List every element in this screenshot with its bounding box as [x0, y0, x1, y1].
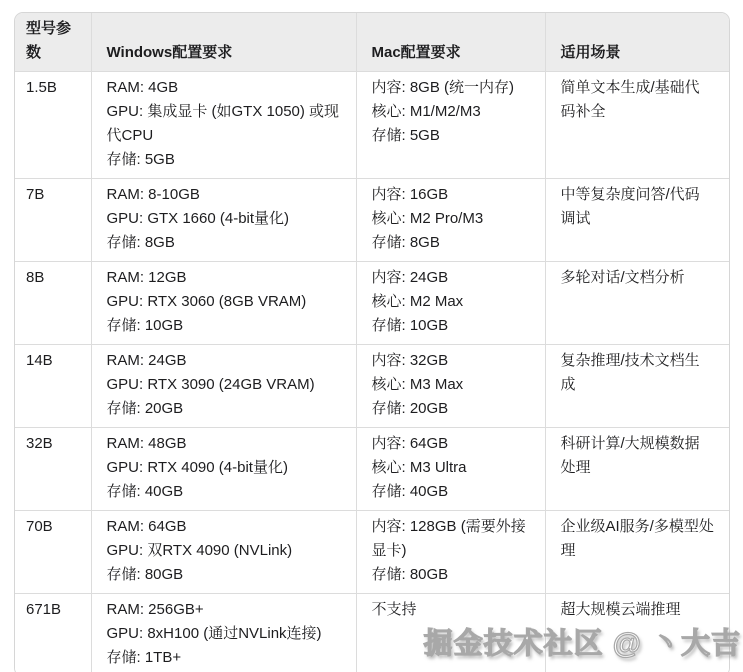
spec-line: 内容: 64GB	[372, 432, 530, 456]
spec-line: 存储: 8GB	[372, 231, 530, 255]
spec-line: RAM: 256GB+	[107, 598, 341, 622]
model-size-cell: 671B	[15, 594, 91, 672]
spec-line: 存储: 40GB	[107, 480, 341, 504]
mac-requirements-cell: 内容: 16GB核心: M2 Pro/M3存储: 8GB	[356, 179, 545, 262]
model-size-cell: 70B	[15, 511, 91, 594]
spec-line: RAM: 8-10GB	[107, 183, 341, 207]
spec-line: 存储: 80GB	[372, 563, 530, 587]
use-case-cell: 企业级AI服务/多模型处理	[545, 511, 729, 594]
spec-line: GPU: 集成显卡 (如GTX 1050) 或现代CPU	[107, 100, 341, 148]
spec-line: GPU: 8xH100 (通过NVLink连接)	[107, 622, 341, 646]
spec-line: 存储: 20GB	[107, 397, 341, 421]
column-header-model-params: 型号参数	[15, 13, 91, 72]
article-page: 型号参数 Windows配置要求 Mac配置要求 适用场景 1.5BRAM: 4…	[0, 0, 743, 672]
table-row: 32BRAM: 48GBGPU: RTX 4090 (4-bit量化)存储: 4…	[15, 428, 729, 511]
windows-requirements-cell: RAM: 12GBGPU: RTX 3060 (8GB VRAM)存储: 10G…	[91, 262, 356, 345]
header-row: 型号参数 Windows配置要求 Mac配置要求 适用场景	[15, 13, 729, 72]
spec-line: 内容: 24GB	[372, 266, 530, 290]
spec-line: 核心: M3 Max	[372, 373, 530, 397]
windows-requirements-cell: RAM: 48GBGPU: RTX 4090 (4-bit量化)存储: 40GB	[91, 428, 356, 511]
spec-line: RAM: 24GB	[107, 349, 341, 373]
spec-line: 存储: 5GB	[107, 148, 341, 172]
mac-requirements-cell: 内容: 8GB (统一内存)核心: M1/M2/M3存储: 5GB	[356, 72, 545, 179]
windows-requirements-cell: RAM: 24GBGPU: RTX 3090 (24GB VRAM)存储: 20…	[91, 345, 356, 428]
spec-line: RAM: 48GB	[107, 432, 341, 456]
spec-line: RAM: 64GB	[107, 515, 341, 539]
spec-line: GPU: RTX 4090 (4-bit量化)	[107, 456, 341, 480]
use-case-cell: 多轮对话/文档分析	[545, 262, 729, 345]
windows-requirements-cell: RAM: 4GBGPU: 集成显卡 (如GTX 1050) 或现代CPU存储: …	[91, 72, 356, 179]
spec-line: GPU: 双RTX 4090 (NVLink)	[107, 539, 341, 563]
mac-requirements-cell: 内容: 32GB核心: M3 Max存储: 20GB	[356, 345, 545, 428]
column-header-windows-requirements: Windows配置要求	[91, 13, 356, 72]
spec-line: GPU: GTX 1660 (4-bit量化)	[107, 207, 341, 231]
spec-line: RAM: 12GB	[107, 266, 341, 290]
spec-line: RAM: 4GB	[107, 76, 341, 100]
spec-line: 内容: 8GB (统一内存)	[372, 76, 530, 100]
table-body: 1.5BRAM: 4GBGPU: 集成显卡 (如GTX 1050) 或现代CPU…	[15, 72, 729, 672]
table-row: 8BRAM: 12GBGPU: RTX 3060 (8GB VRAM)存储: 1…	[15, 262, 729, 345]
table-row: 7BRAM: 8-10GBGPU: GTX 1660 (4-bit量化)存储: …	[15, 179, 729, 262]
spec-line: 内容: 32GB	[372, 349, 530, 373]
spec-line: 核心: M2 Max	[372, 290, 530, 314]
spec-line: 存储: 8GB	[107, 231, 341, 255]
spec-line: 存储: 80GB	[107, 563, 341, 587]
spec-line: 存储: 10GB	[372, 314, 530, 338]
spec-line: 存储: 40GB	[372, 480, 530, 504]
mac-requirements-cell: 不支持	[356, 594, 545, 672]
model-size-cell: 14B	[15, 345, 91, 428]
model-size-cell: 32B	[15, 428, 91, 511]
model-size-cell: 7B	[15, 179, 91, 262]
use-case-cell: 超大规模云端推理	[545, 594, 729, 672]
spec-line: 存储: 1TB+	[107, 646, 341, 670]
spec-line: GPU: RTX 3060 (8GB VRAM)	[107, 290, 341, 314]
spec-line: 核心: M3 Ultra	[372, 456, 530, 480]
windows-requirements-cell: RAM: 256GB+GPU: 8xH100 (通过NVLink连接)存储: 1…	[91, 594, 356, 672]
use-case-cell: 科研计算/大规模数据处理	[545, 428, 729, 511]
spec-line: 不支持	[372, 598, 530, 622]
table-row: 70BRAM: 64GBGPU: 双RTX 4090 (NVLink)存储: 8…	[15, 511, 729, 594]
use-case-cell: 中等复杂度问答/代码调试	[545, 179, 729, 262]
table-row: 671BRAM: 256GB+GPU: 8xH100 (通过NVLink连接)存…	[15, 594, 729, 672]
table-row: 14BRAM: 24GBGPU: RTX 3090 (24GB VRAM)存储:…	[15, 345, 729, 428]
model-spec-table-container: 型号参数 Windows配置要求 Mac配置要求 适用场景 1.5BRAM: 4…	[14, 12, 730, 672]
use-case-cell: 简单文本生成/基础代码补全	[545, 72, 729, 179]
column-header-mac-requirements: Mac配置要求	[356, 13, 545, 72]
use-case-cell: 复杂推理/技术文档生成	[545, 345, 729, 428]
model-size-cell: 8B	[15, 262, 91, 345]
model-size-cell: 1.5B	[15, 72, 91, 179]
spec-line: 内容: 16GB	[372, 183, 530, 207]
spec-line: 核心: M1/M2/M3	[372, 100, 530, 124]
table-row: 1.5BRAM: 4GBGPU: 集成显卡 (如GTX 1050) 或现代CPU…	[15, 72, 729, 179]
spec-line: 存储: 10GB	[107, 314, 341, 338]
spec-line: 核心: M2 Pro/M3	[372, 207, 530, 231]
mac-requirements-cell: 内容: 128GB (需要外接显卡)存储: 80GB	[356, 511, 545, 594]
windows-requirements-cell: RAM: 64GBGPU: 双RTX 4090 (NVLink)存储: 80GB	[91, 511, 356, 594]
mac-requirements-cell: 内容: 24GB核心: M2 Max存储: 10GB	[356, 262, 545, 345]
spec-line: 存储: 5GB	[372, 124, 530, 148]
spec-line: 存储: 20GB	[372, 397, 530, 421]
windows-requirements-cell: RAM: 8-10GBGPU: GTX 1660 (4-bit量化)存储: 8G…	[91, 179, 356, 262]
model-spec-table: 型号参数 Windows配置要求 Mac配置要求 适用场景 1.5BRAM: 4…	[15, 13, 729, 672]
spec-line: GPU: RTX 3090 (24GB VRAM)	[107, 373, 341, 397]
spec-line: 内容: 128GB (需要外接显卡)	[372, 515, 530, 563]
column-header-use-case: 适用场景	[545, 13, 729, 72]
mac-requirements-cell: 内容: 64GB核心: M3 Ultra存储: 40GB	[356, 428, 545, 511]
